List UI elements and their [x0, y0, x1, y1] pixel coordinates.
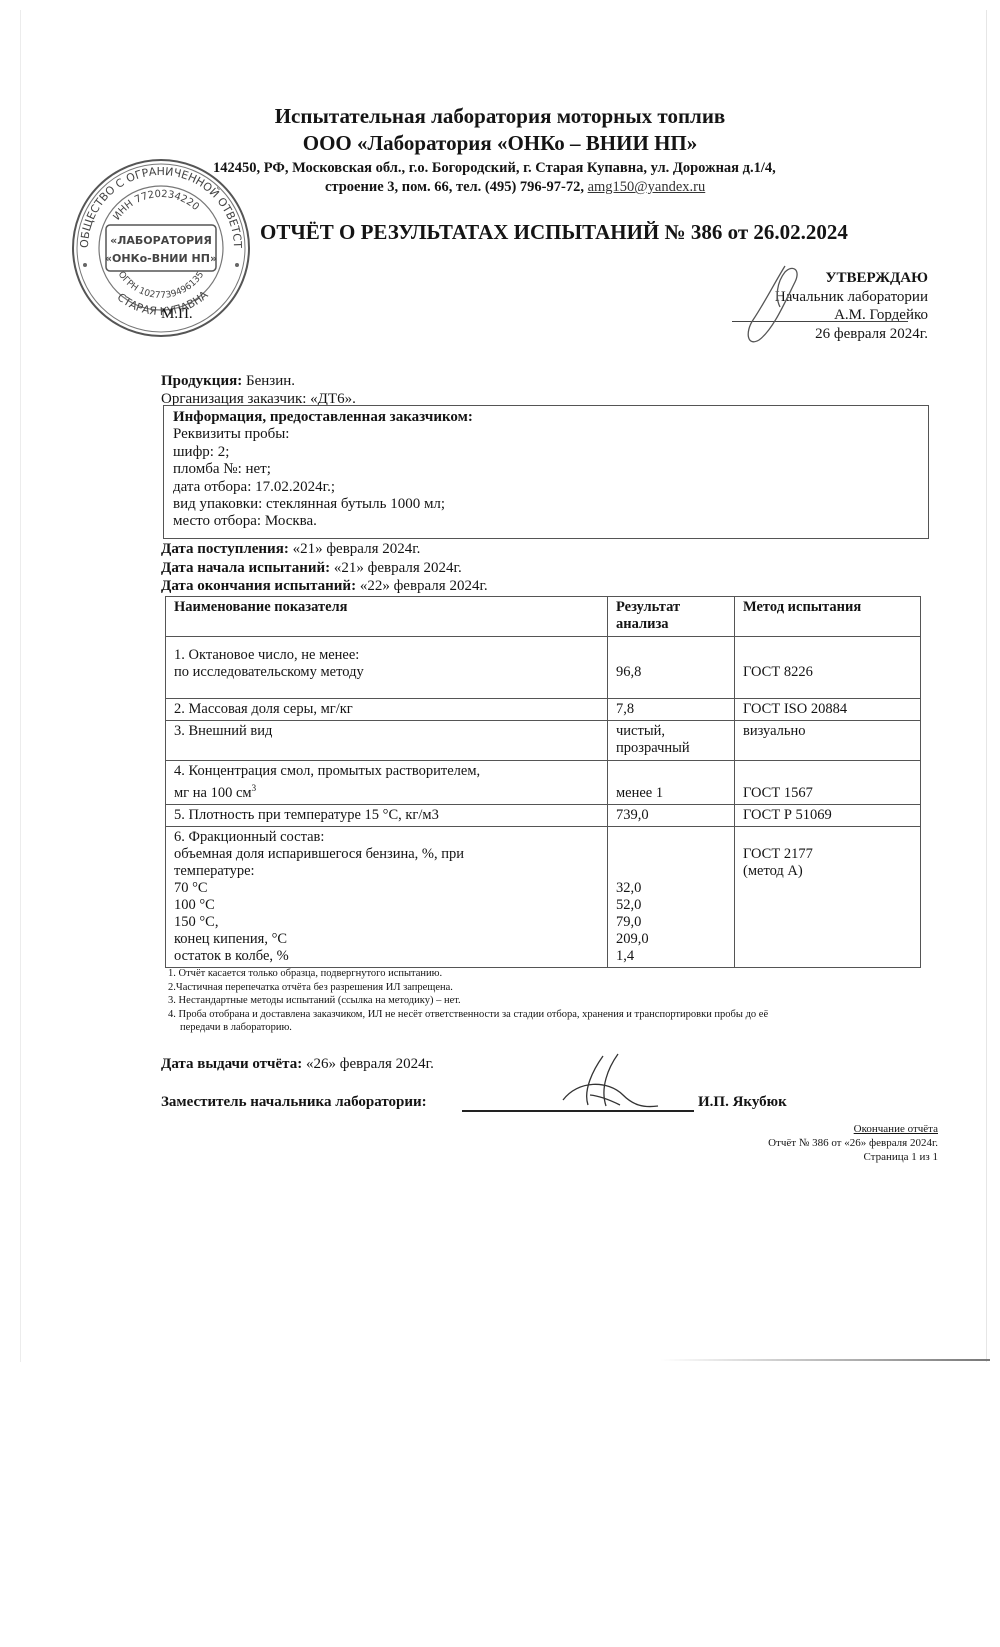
table-row: 1. Октановое число, не менее: по исследо… — [166, 637, 921, 699]
sample-seal: пломба №: нет; — [173, 461, 919, 478]
page-edge-shadow — [660, 1359, 990, 1361]
note-2: 2.Частичная перепечатка отчёта без разре… — [168, 981, 768, 995]
table-row: 2. Массовая доля серы, мг/кг 7,8 ГОСТ IS… — [166, 699, 921, 721]
product-line: Продукция: Бензин. — [161, 373, 295, 390]
page-number: Страница 1 из 1 — [863, 1150, 938, 1164]
sample-package: вид упаковки: стеклянная бутыль 1000 мл; — [173, 496, 919, 513]
sample-details-label: Реквизиты пробы: — [173, 426, 919, 443]
deputy-signature — [548, 1050, 668, 1116]
svg-text:ИНН 7720234220: ИНН 7720234220 — [111, 189, 201, 222]
customer-info-box: Информация, предоставленная заказчиком: … — [163, 405, 929, 539]
svg-text:«ОНКо-ВНИИ НП»: «ОНКо-ВНИИ НП» — [105, 252, 217, 265]
results-table: Наименование показателя Результат анализ… — [165, 596, 921, 968]
note-3: 3. Нестандартные методы испытаний (ссылк… — [168, 994, 768, 1008]
sample-date: дата отбора: 17.02.2024г.; — [173, 479, 919, 496]
footer-report-ref: Отчёт № 386 от «26» февраля 2024г. — [768, 1136, 938, 1150]
svg-text:«ЛАБОРАТОРИЯ: «ЛАБОРАТОРИЯ — [110, 234, 212, 247]
header-indicator: Наименование показателя — [166, 597, 608, 637]
sample-code: шифр: 2; — [173, 444, 919, 461]
company-name: ООО «Лаборатория «ОНКо – ВНИИ НП» — [0, 131, 1000, 156]
report-notes: 1. Отчёт касается только образца, подвер… — [168, 967, 768, 1035]
test-start-date: Дата начала испытаний: «21» февраля 2024… — [161, 560, 462, 577]
issue-date: Дата выдачи отчёта: «26» февраля 2024г. — [161, 1056, 434, 1073]
end-of-report: Окончание отчёта — [854, 1122, 938, 1136]
address-line-1: 142450, РФ, Московская обл., г.о. Богоро… — [213, 160, 776, 177]
note-4: 4. Проба отобрана и доставлена заказчико… — [168, 1008, 768, 1022]
stamp-mp-label: М.П. — [161, 306, 193, 323]
header-result: Результат анализа — [608, 597, 735, 637]
received-date: Дата поступления: «21» февраля 2024г. — [161, 541, 420, 558]
table-row: 6. Фракционный состав: объемная доля исп… — [166, 826, 921, 967]
table-header-row: Наименование показателя Результат анализ… — [166, 597, 921, 637]
approval-signature — [735, 262, 845, 352]
deputy-name: И.П. Якубюк — [698, 1094, 787, 1111]
test-end-date: Дата окончания испытаний: «22» февраля 2… — [161, 578, 488, 595]
address-phone: строение 3, пом. 66, тел. (495) 796-97-7… — [325, 179, 588, 195]
resin-unit: мг на 100 см3 — [174, 780, 599, 802]
header-method: Метод испытания — [735, 597, 921, 637]
deputy-label: Заместитель начальника лаборатории: — [161, 1094, 427, 1111]
report-title: ОТЧЁТ О РЕЗУЛЬТАТАХ ИСПЫТАНИЙ № 386 от 2… — [260, 220, 848, 245]
sample-place: место отбора: Москва. — [173, 513, 919, 530]
address-line-2: строение 3, пом. 66, тел. (495) 796-97-7… — [325, 179, 705, 196]
note-1: 1. Отчёт касается только образца, подвер… — [168, 967, 768, 981]
table-row: 3. Внешний вид чистый, прозрачный визуал… — [166, 721, 921, 761]
product-value: Бензин. — [242, 373, 295, 389]
note-4-cont: передачи в лабораторию. — [168, 1021, 768, 1035]
product-label: Продукция: — [161, 373, 242, 389]
email-link[interactable]: amg150@yandex.ru — [588, 179, 706, 195]
table-row: 4. Концентрация смол, промытых растворит… — [166, 761, 921, 805]
lab-name: Испытательная лаборатория моторных топли… — [0, 104, 1000, 129]
table-row: 5. Плотность при температуре 15 °С, кг/м… — [166, 804, 921, 826]
customer-info-title: Информация, предоставленная заказчиком: — [173, 409, 919, 426]
